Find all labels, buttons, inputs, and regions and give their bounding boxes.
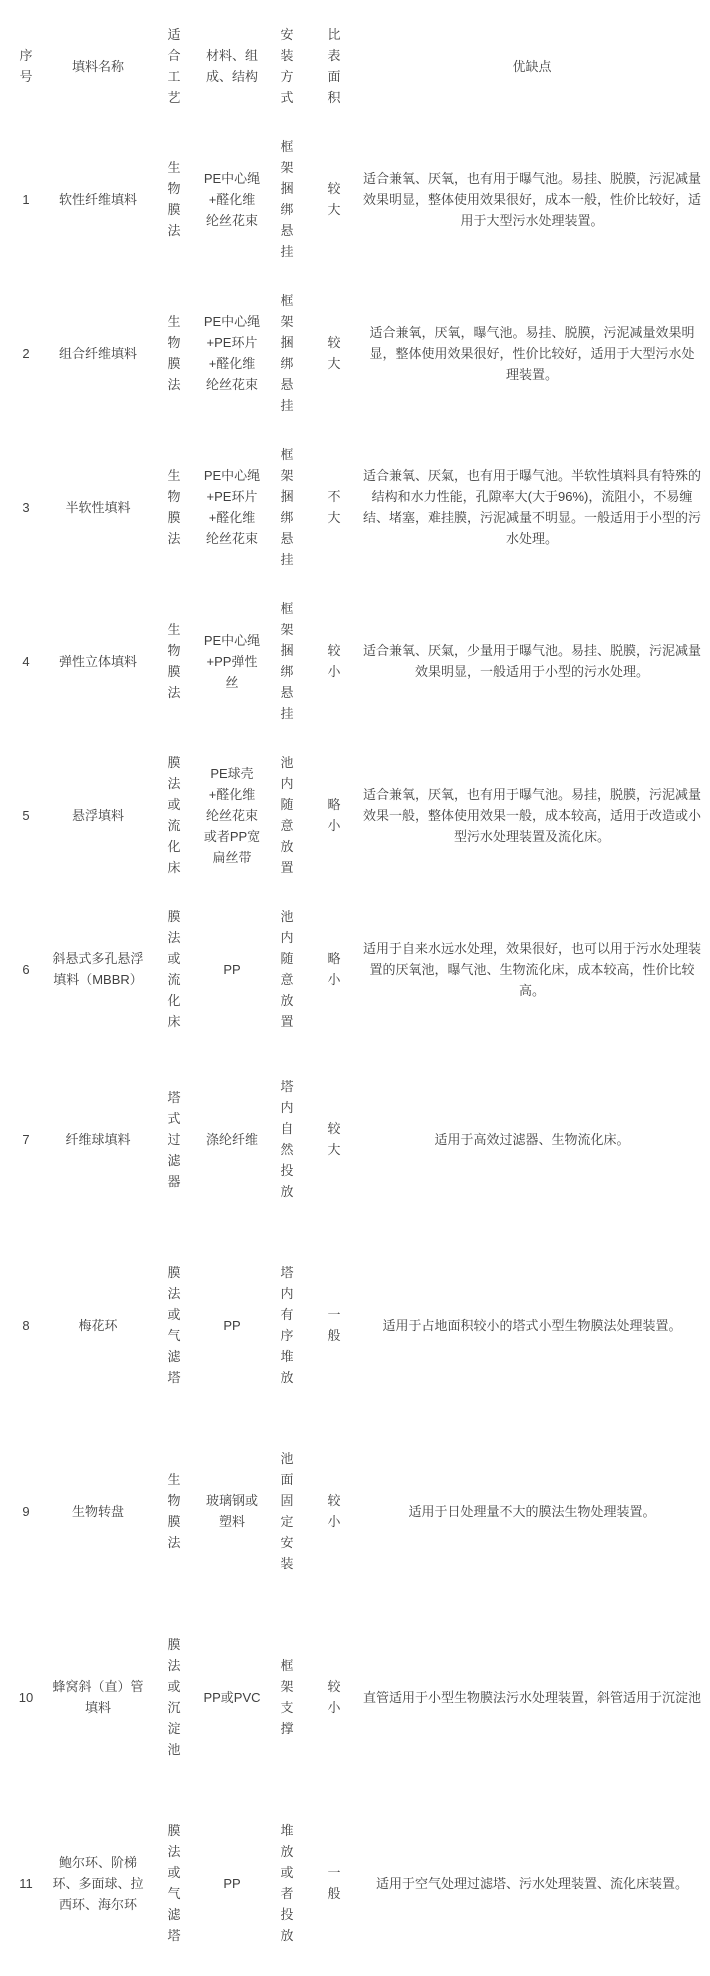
cell-name: 软性纤维填料 bbox=[48, 122, 148, 276]
table-row: 9 生物转盘 生物膜法 玻璃钢或塑料 池面固定安装 较小 适用于日处理量不大的膜… bbox=[4, 1418, 706, 1604]
cell-num: 8 bbox=[4, 1232, 48, 1418]
cell-num: 2 bbox=[4, 276, 48, 430]
cell-pros: 适用于占地面积较小的塔式小型生物膜法处理装置。 bbox=[358, 1232, 706, 1418]
cell-num: 1 bbox=[4, 122, 48, 276]
cell-material: PP bbox=[200, 892, 264, 1046]
cell-num: 11 bbox=[4, 1790, 48, 1976]
table-row: 5 悬浮填料 膜法或流化床 PE球壳+醛化维纶丝花束或者PP宽扁丝带 池内随意放… bbox=[4, 738, 706, 892]
cell-install: 塔内自然投放 bbox=[264, 1046, 310, 1232]
cell-material: 涤纶纤维 bbox=[200, 1046, 264, 1232]
cell-area: 略小 bbox=[310, 892, 358, 1046]
cell-area: 较小 bbox=[310, 1604, 358, 1790]
cell-process: 生物膜法 bbox=[148, 430, 200, 584]
cell-material: PP bbox=[200, 1232, 264, 1418]
cell-pros: 适用于高效过滤器、生物流化床。 bbox=[358, 1046, 706, 1232]
cell-pros: 适用于日处理量不大的膜法生物处理装置。 bbox=[358, 1418, 706, 1604]
table-row: 4 弹性立体填料 生物膜法 PE中心绳+PP弹性丝 框架捆绑悬挂 较小 适合兼氧… bbox=[4, 584, 706, 738]
cell-name: 梅花环 bbox=[48, 1232, 148, 1418]
cell-area: 较小 bbox=[310, 1418, 358, 1604]
cell-pros: 适合兼氧，厌氧，也有用于曝气池。易挂，脱膜，污泥减量效果一般，整体使用效果一般，… bbox=[358, 738, 706, 892]
filler-comparison-table: 序号 填料名称 适合工艺 材料、组成、结构 安装方式 比表面积 优缺点 1 软性… bbox=[4, 10, 706, 1976]
table-row: 10 蜂窝斜（直）管填料 膜法或沉淀池 PP或PVC 框架支撑 较小 直管适用于… bbox=[4, 1604, 706, 1790]
cell-pros: 适合兼氧、厌氣，少量用于曝气池。易挂、脱膜，污泥减量效果明显，一般适用于小型的污… bbox=[358, 584, 706, 738]
cell-process: 膜法或流化床 bbox=[148, 892, 200, 1046]
cell-area: 一般 bbox=[310, 1790, 358, 1976]
cell-name: 生物转盘 bbox=[48, 1418, 148, 1604]
cell-material: PP或PVC bbox=[200, 1604, 264, 1790]
cell-install: 框架捆绑悬挂 bbox=[264, 122, 310, 276]
table-row: 11 鲍尔环、阶梯环、多面球、拉西环、海尔环 膜法或气滤塔 PP 堆放或者投放 … bbox=[4, 1790, 706, 1976]
cell-name: 半软性填料 bbox=[48, 430, 148, 584]
table-header-row: 序号 填料名称 适合工艺 材料、组成、结构 安装方式 比表面积 优缺点 bbox=[4, 10, 706, 122]
cell-pros: 适合兼氧、厌氣，也有用于曝气池。半软性填料具有特殊的结构和水力性能，孔隙率大(大… bbox=[358, 430, 706, 584]
header-pros: 优缺点 bbox=[358, 10, 706, 122]
cell-pros: 适用于自来水远水处理，效果很好，也可以用于污水处理装置的厌氧池，曝气池、生物流化… bbox=[358, 892, 706, 1046]
cell-name: 弹性立体填料 bbox=[48, 584, 148, 738]
cell-material: PE中心绳+PE环片+醛化维纶丝花束 bbox=[200, 430, 264, 584]
cell-area: 略小 bbox=[310, 738, 358, 892]
header-install: 安装方式 bbox=[264, 10, 310, 122]
cell-name: 蜂窝斜（直）管填料 bbox=[48, 1604, 148, 1790]
cell-name: 组合纤维填料 bbox=[48, 276, 148, 430]
cell-pros: 适合兼氧，厌氧，曝气池。易挂、脱膜，污泥减量效果明显，整体使用效果很好，性价比较… bbox=[358, 276, 706, 430]
cell-num: 6 bbox=[4, 892, 48, 1046]
cell-name: 斜悬式多孔悬浮填料（MBBR） bbox=[48, 892, 148, 1046]
header-material: 材料、组成、结构 bbox=[200, 10, 264, 122]
cell-num: 10 bbox=[4, 1604, 48, 1790]
cell-name: 纤维球填料 bbox=[48, 1046, 148, 1232]
cell-name: 鲍尔环、阶梯环、多面球、拉西环、海尔环 bbox=[48, 1790, 148, 1976]
cell-process: 生物膜法 bbox=[148, 1418, 200, 1604]
cell-material: PE中心绳+PP弹性丝 bbox=[200, 584, 264, 738]
cell-area: 较大 bbox=[310, 276, 358, 430]
cell-area: 较小 bbox=[310, 584, 358, 738]
cell-process: 膜法或流化床 bbox=[148, 738, 200, 892]
cell-material: PP bbox=[200, 1790, 264, 1976]
cell-name: 悬浮填料 bbox=[48, 738, 148, 892]
header-process: 适合工艺 bbox=[148, 10, 200, 122]
table-row: 1 软性纤维填料 生物膜法 PE中心绳+醛化维纶丝花束 框架捆绑悬挂 较大 适合… bbox=[4, 122, 706, 276]
cell-pros: 适合兼氧、厌氧，也有用于曝气池。易挂、脱膜，污泥减量 效果明显，整体使用效果很好… bbox=[358, 122, 706, 276]
cell-num: 7 bbox=[4, 1046, 48, 1232]
cell-install: 池内随意放置 bbox=[264, 892, 310, 1046]
cell-process: 膜法或气滤塔 bbox=[148, 1790, 200, 1976]
cell-num: 5 bbox=[4, 738, 48, 892]
cell-pros: 直管适用于小型生物膜法污水处理装置，斜管适用于沉淀池 bbox=[358, 1604, 706, 1790]
cell-num: 9 bbox=[4, 1418, 48, 1604]
cell-process: 塔式过滤器 bbox=[148, 1046, 200, 1232]
cell-process: 生物膜法 bbox=[148, 584, 200, 738]
cell-process: 生物膜法 bbox=[148, 122, 200, 276]
table-body: 1 软性纤维填料 生物膜法 PE中心绳+醛化维纶丝花束 框架捆绑悬挂 较大 适合… bbox=[4, 122, 706, 1976]
table-row: 3 半软性填料 生物膜法 PE中心绳+PE环片+醛化维纶丝花束 框架捆绑悬挂 不… bbox=[4, 430, 706, 584]
header-area: 比表面积 bbox=[310, 10, 358, 122]
table-row: 8 梅花环 膜法或气滤塔 PP 塔内有序堆放 一般 适用于占地面积较小的塔式小型… bbox=[4, 1232, 706, 1418]
table-row: 6 斜悬式多孔悬浮填料（MBBR） 膜法或流化床 PP 池内随意放置 略小 适用… bbox=[4, 892, 706, 1046]
table-row: 7 纤维球填料 塔式过滤器 涤纶纤维 塔内自然投放 较大 适用于高效过滤器、生物… bbox=[4, 1046, 706, 1232]
cell-area: 较大 bbox=[310, 122, 358, 276]
cell-install: 池面固定安装 bbox=[264, 1418, 310, 1604]
cell-num: 3 bbox=[4, 430, 48, 584]
cell-install: 框架支撑 bbox=[264, 1604, 310, 1790]
cell-area: 不大 bbox=[310, 430, 358, 584]
cell-material: PE中心绳+醛化维纶丝花束 bbox=[200, 122, 264, 276]
cell-install: 框架捆绑悬挂 bbox=[264, 276, 310, 430]
cell-pros: 适用于空气处理过滤塔、污水处理装置、流化床装置。 bbox=[358, 1790, 706, 1976]
cell-material: PE中心绳+PE环片+醛化维纶丝花束 bbox=[200, 276, 264, 430]
cell-num: 4 bbox=[4, 584, 48, 738]
page: 序号 填料名称 适合工艺 材料、组成、结构 安装方式 比表面积 优缺点 1 软性… bbox=[0, 10, 710, 1976]
header-num: 序号 bbox=[4, 10, 48, 122]
cell-process: 膜法或沉淀池 bbox=[148, 1604, 200, 1790]
header-name: 填料名称 bbox=[48, 10, 148, 122]
cell-install: 框架捆绑悬挂 bbox=[264, 584, 310, 738]
cell-area: 一般 bbox=[310, 1232, 358, 1418]
cell-process: 膜法或气滤塔 bbox=[148, 1232, 200, 1418]
table-row: 2 组合纤维填料 生物膜法 PE中心绳+PE环片+醛化维纶丝花束 框架捆绑悬挂 … bbox=[4, 276, 706, 430]
cell-install: 塔内有序堆放 bbox=[264, 1232, 310, 1418]
cell-install: 框架捆绑悬挂 bbox=[264, 430, 310, 584]
cell-install: 堆放或者投放 bbox=[264, 1790, 310, 1976]
cell-material: 玻璃钢或塑料 bbox=[200, 1418, 264, 1604]
cell-process: 生物膜法 bbox=[148, 276, 200, 430]
cell-area: 较大 bbox=[310, 1046, 358, 1232]
cell-material: PE球壳+醛化维纶丝花束或者PP宽扁丝带 bbox=[200, 738, 264, 892]
cell-install: 池内随意放置 bbox=[264, 738, 310, 892]
